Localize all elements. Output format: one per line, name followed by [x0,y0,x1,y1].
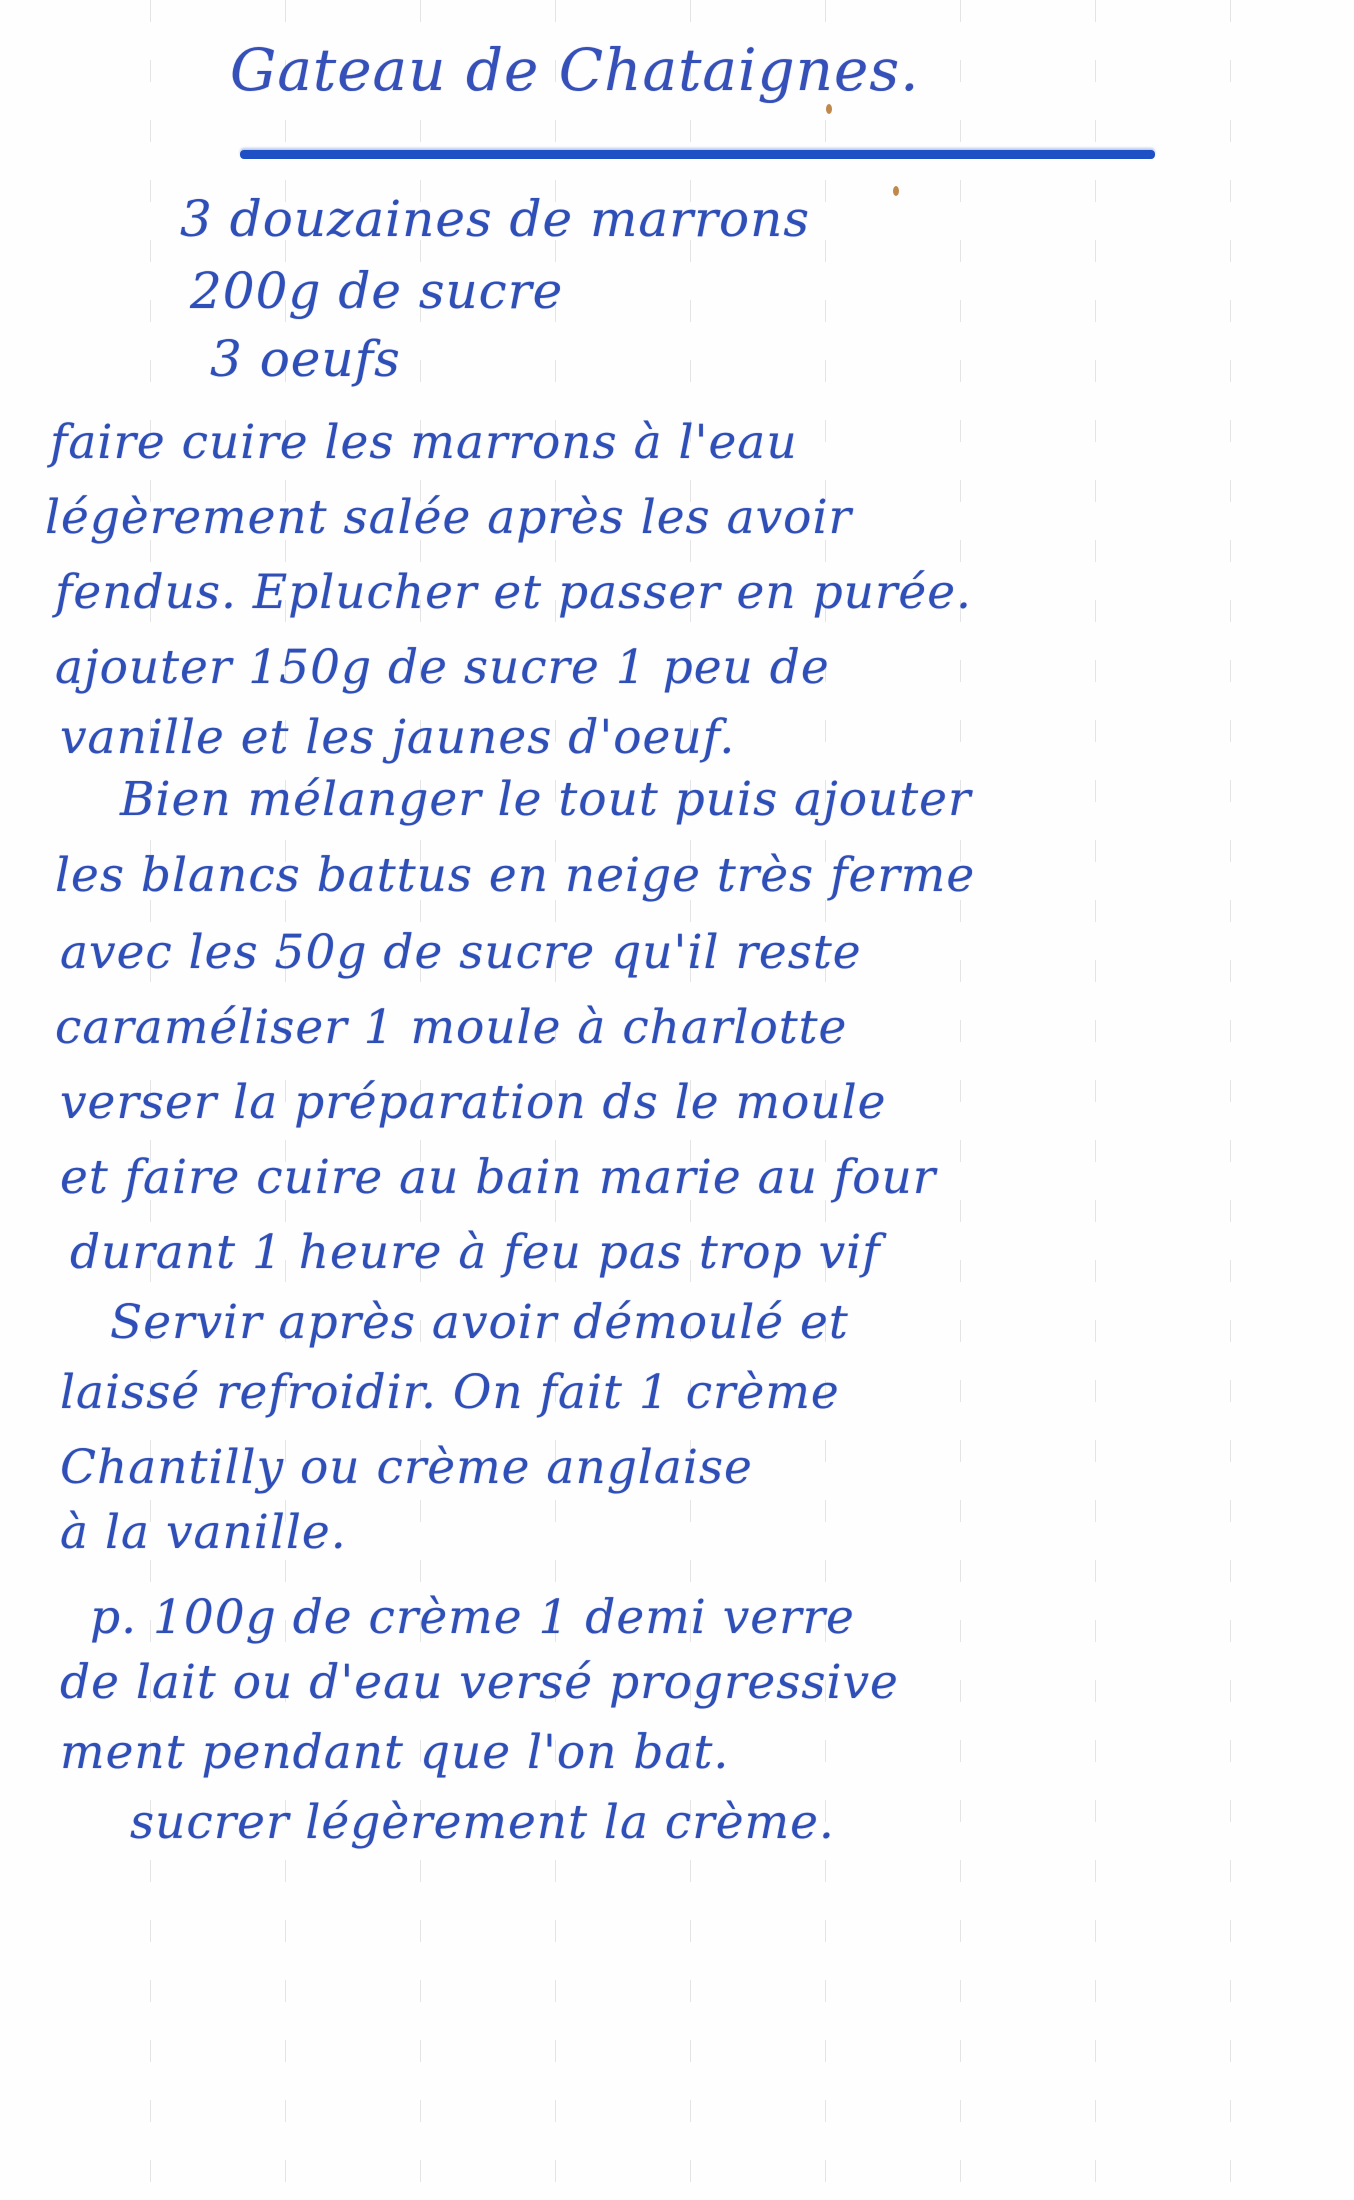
instruction-line: ajouter 150g de sucre 1 peu de [55,640,830,695]
instruction-line: de lait ou d'eau versé progressive [60,1655,899,1710]
title-underline [240,150,1155,159]
instruction-line: fendus. Eplucher et passer en purée. [55,565,972,620]
recipe-card: Gateau de Chataignes. 3 douzaines de mar… [0,0,1354,2200]
ink-smudge [826,104,832,114]
ingredient-line: 200g de sucre [190,262,563,320]
instruction-line: avec les 50g de sucre qu'il reste [60,925,862,980]
instruction-line: vanille et les jaunes d'oeuf. [60,710,735,765]
instruction-line: Chantilly ou crème anglaise [60,1440,753,1495]
instruction-line: légèrement salée après les avoir [45,490,852,545]
ingredient-line: 3 oeufs [210,330,401,388]
ingredient-line: 3 douzaines de marrons [180,190,810,248]
recipe-title: Gateau de Chataignes. [230,36,920,104]
instruction-line: Bien mélanger le tout puis ajouter [120,772,971,827]
instruction-line: verser la préparation ds le moule [60,1075,886,1130]
instruction-line: sucrer légèrement la crème. [130,1795,835,1850]
instruction-line: à la vanille. [60,1505,347,1560]
instruction-line: ment pendant que l'on bat. [60,1725,729,1780]
instruction-line: Servir après avoir démoulé et [110,1295,849,1350]
instruction-line: p. 100g de crème 1 demi verre [90,1590,855,1645]
instruction-line: faire cuire les marrons à l'eau [50,415,798,470]
instruction-line: laissé refroidir. On fait 1 crème [60,1365,840,1420]
instruction-line: caraméliser 1 moule à charlotte [55,1000,847,1055]
instruction-line: les blancs battus en neige très ferme [55,848,975,903]
instruction-line: et faire cuire au bain marie au four [60,1150,936,1205]
instruction-line: durant 1 heure à feu pas trop vif [70,1225,881,1280]
ink-smudge [893,186,899,196]
